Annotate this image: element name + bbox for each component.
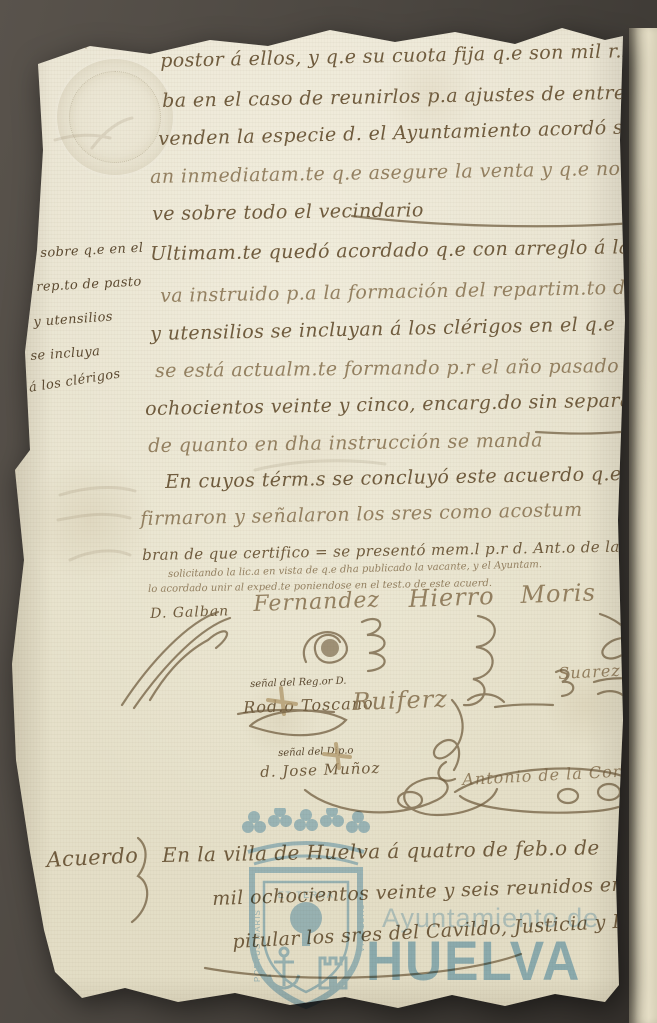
acuerdo-line: pitular los sres del Cavildo, Justicia y… [232, 908, 657, 952]
rubric-hierro [464, 616, 504, 705]
embossed-seal [56, 58, 174, 176]
interlined-note: solicitando la lic.a en vista de q.e dha… [168, 560, 542, 580]
handwritten-line: va instruido p.a la formación del repart… [160, 278, 657, 306]
rubric-fernandez-spiral [304, 619, 385, 671]
handwritten-line: ve sobre todo el vecindario [152, 201, 424, 224]
signature-hierro: Hierro [408, 584, 495, 611]
acuerdo-line: En la villa de Huelva á quatro de feb.o … [162, 837, 600, 865]
handwritten-line: an inmediatam.te q.e asegure la venta y … [150, 159, 657, 187]
handwritten-line: se está actualm.te formando p.r el año p… [155, 356, 657, 381]
margin-note-line: sobre q.e en el [40, 242, 144, 260]
acuerdo-line: mil ochocientos veinte y seis reunidos e… [212, 872, 657, 909]
signature-moris: Moris [520, 580, 596, 607]
signature-antonio-de-la-corte: Antonio de la Corte [462, 763, 640, 788]
handwritten-line: venden la especie d. el Ayuntamiento aco… [158, 117, 657, 149]
manuscript-page-wrap: postor á ellos, y q.e su cuota fija q.e … [0, 0, 657, 1023]
rubric-galban [122, 612, 230, 708]
signature-suarez: Suarez [558, 663, 621, 682]
margin-note-line: rep.to de pasto [36, 275, 142, 294]
margin-note-line: y utensilios [33, 310, 113, 329]
handwritten-line: postor á ellos, y q.e su cuota fija q.e … [160, 42, 657, 71]
signature-munoz: d. Jose Muñoz [260, 761, 381, 780]
handwritten-line: ochocientos veinte y cinco, encarg.do si… [145, 391, 657, 419]
embossed-seal-ring [69, 71, 161, 163]
handwritten-line: de quanto en dha instrucción se manda [148, 431, 543, 456]
caption-senal-diputado: señal del Dip.o [278, 746, 354, 759]
pencil-mark [78, 28, 96, 48]
caption-senal-regidor: señal del Reg.or D. [250, 677, 347, 690]
handwritten-line: Ultimam.te quedó acordado q.e con arregl… [150, 238, 631, 264]
signature-fernandez: Fernandez [253, 590, 380, 616]
rubric-ruiferz-tail [434, 670, 573, 781]
signature-ruiferz: Ruiferz [352, 687, 448, 714]
margin-note-line: se incluya [30, 345, 101, 363]
handwritten-line: firmaron y señalaron los sres como acost… [140, 501, 583, 529]
handwritten-line: ba en el caso de reunirlos p.a ajustes d… [162, 83, 657, 111]
acuerdo-label: Acuerdo [46, 845, 139, 871]
handwritten-line: bran de que certifico = se presentó mem.… [142, 539, 646, 563]
signature-galban: D. Galban [150, 604, 229, 621]
handwritten-line: y utensilios se incluyan á los clérigos … [150, 315, 615, 344]
adjacent-page-marks [634, 184, 654, 971]
handwritten-line: En cuyos térm.s se concluyó este acuerdo… [165, 465, 622, 492]
rubric-moris [594, 614, 646, 696]
margin-note-line: á los clérigos [28, 368, 122, 395]
manuscript-page: postor á ellos, y q.e su cuota fija q.e … [0, 0, 657, 1023]
scan-background: postor á ellos, y q.e su cuota fija q.e … [0, 0, 657, 1023]
